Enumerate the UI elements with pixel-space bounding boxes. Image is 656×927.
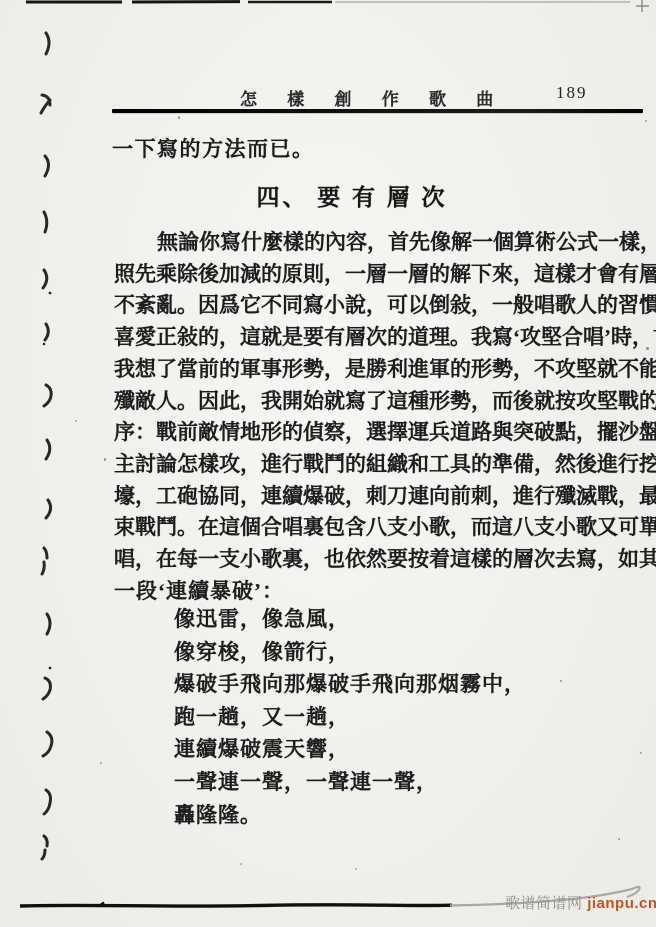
header-rule [112, 109, 643, 113]
page-number: 189 [556, 83, 588, 103]
paragraph-line: 殲敵人。因此，我開始就寫了這種形勢，而後就按攻堅戰的次 [114, 386, 642, 418]
watermark: 歌谱简谱网 jianpu.cn [505, 892, 656, 913]
scan-speck [100, 762, 102, 764]
binding-marks [0, 0, 70, 927]
scan-speck [586, 560, 588, 562]
paragraph-line: 照先乘除後加減的原則，一層一層的解下來，這樣才會有層次， [114, 259, 642, 291]
running-head-title: 怎 樣 創 作 歌 曲 [240, 85, 506, 110]
scan-speck [560, 680, 562, 682]
scan-speck [104, 458, 106, 461]
scan-speck [645, 120, 647, 122]
verse-line: 爆破手飛向那爆破手飛向那烟霧中， [174, 668, 526, 701]
paragraph-line: 主討論怎樣攻，進行戰鬥的組織和工具的準備，然後進行挖對 [114, 449, 642, 481]
paragraph-line: 壕，工砲協同，連續爆破，刺刀連向前刺，進行殲滅戰，最後結 [114, 481, 642, 513]
scan-speck [355, 868, 357, 870]
top-scan-line [0, 0, 656, 16]
verse-line: 像穿梭，像箭行， [174, 636, 526, 669]
paragraph-line: 喜愛正敍的，這就是要有層次的道理。我寫‘攻堅合唱’時，首先 [114, 322, 642, 354]
watermark-site-url: jianpu.cn [587, 895, 656, 912]
paragraph-line: 束戰鬥。在這個合唱裏包含八支小歌，而這八支小歌又可單獨 [114, 512, 642, 544]
scan-speck [646, 347, 649, 350]
scan-speck [428, 692, 430, 694]
scanned-book-page: 怎 樣 創 作 歌 曲 189 一下寫的方法而已。 四、 要 有 層 次 無論你… [0, 0, 656, 927]
scan-speck [618, 838, 620, 840]
paragraph-line: 序：戰前敵情地形的偵察，選擇運兵道路與突破點，擺沙盤民 [114, 417, 642, 449]
section-heading: 四、 要 有 層 次 [112, 179, 592, 212]
scan-speck [640, 752, 642, 754]
main-paragraph: 無論你寫什麼樣的內容，首先像解一個算術公式一樣，按 照先乘除後加減的原則，一層一… [114, 227, 642, 607]
verse-line: 轟隆隆。 [174, 799, 526, 832]
song-verse: 像迅雷，像急風， 像穿梭，像箭行， 爆破手飛向那爆破手飛向那烟霧中， 跑一趟，又… [174, 603, 526, 831]
verse-line: 跑一趟，又一趟， [174, 701, 526, 734]
watermark-site-name: 歌谱简谱网 [505, 895, 583, 912]
paragraph-line: 不紊亂。因爲它不同寫小說，可以倒敍，一般唱歌人的習慣是 [114, 290, 642, 322]
verse-line: 像迅雷，像急風， [174, 603, 526, 636]
paragraph-line: 我想了當前的軍事形勢，是勝利進軍的形勢，不攻堅就不能全 [114, 354, 642, 386]
paragraph-line: 唱，在每一支小歌裏，也依然要按着這樣的層次去寫，如其中 [114, 544, 642, 576]
paragraph-line: 無論你寫什麼樣的內容，首先像解一個算術公式一樣，按 [114, 227, 642, 259]
verse-line: 一聲連一聲，一聲連一聲， [174, 766, 526, 799]
intro-line: 一下寫的方法而已。 [112, 133, 315, 163]
scan-speck [178, 116, 180, 119]
verse-line: 連續爆破震天響， [174, 733, 526, 766]
scan-speck [75, 420, 77, 422]
scan-speck [240, 863, 242, 865]
scan-speck [628, 457, 630, 459]
